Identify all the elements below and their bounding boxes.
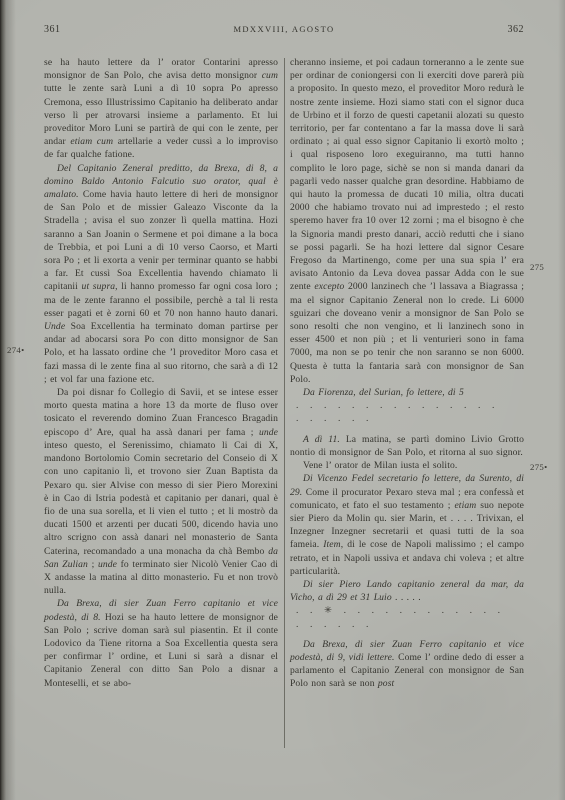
ellipsis-row: . . . . . . . . . . . . . . . xyxy=(290,399,524,412)
paragraph: Da Brexa, di sier Zuan Ferro capitanio e… xyxy=(290,638,524,691)
page-edge-shadow xyxy=(0,0,16,800)
paragraph: cheranno insieme, et poi cadaun torneran… xyxy=(290,56,524,386)
paragraph: Da poi disnar fo Collegio di Savii, et s… xyxy=(44,386,278,597)
column-right: cheranno insieme, et poi cadaun torneran… xyxy=(290,56,524,748)
page-number-right: 362 xyxy=(507,24,524,35)
paragraph: Del Capitanio Zeneral preditto, da Brexa… xyxy=(44,162,278,386)
ellipsis-row: . . ✳ . . . . . . . . . . . . xyxy=(290,604,524,617)
paragraph: Vene l’ orator de Milan iusta el solito. xyxy=(290,459,524,472)
paragraph: Di sier Piero Lando capitanio zeneral da… xyxy=(290,578,524,604)
column-left: se ha hauto lettere da l’ orator Contari… xyxy=(44,56,278,748)
paragraph: Da Brexa, di sier Zuan Ferro capitanio e… xyxy=(44,597,278,689)
paragraph: Di Vicenzo Fedel secretario fo lettere, … xyxy=(290,472,524,578)
book-page: 361 MDXXVIII, AGOSTO 362 se ha hauto let… xyxy=(0,0,565,800)
folio-margin-number: 275 xyxy=(530,262,544,272)
ellipsis-row: . . . . . . xyxy=(290,618,524,631)
paragraph: Da Fiorenza, del Surian, fo lettere, di … xyxy=(290,386,524,399)
running-title: MDXXVIII, AGOSTO xyxy=(233,24,334,34)
page-header: 361 MDXXVIII, AGOSTO 362 xyxy=(44,24,524,35)
text-columns: se ha hauto lettere da l’ orator Contari… xyxy=(44,56,524,748)
page-right-edge-shadow xyxy=(558,0,565,800)
page-number-left: 361 xyxy=(44,24,61,35)
ellipsis-row: . . . . . . xyxy=(290,412,524,425)
folio-margin-number: 275• xyxy=(530,462,547,472)
column-divider xyxy=(284,58,285,748)
paragraph: A dì 11. La matina, se partì domino Livi… xyxy=(290,433,524,459)
paragraph: se ha hauto lettere da l’ orator Contari… xyxy=(44,56,278,162)
folio-margin-number: 274• xyxy=(7,345,24,355)
